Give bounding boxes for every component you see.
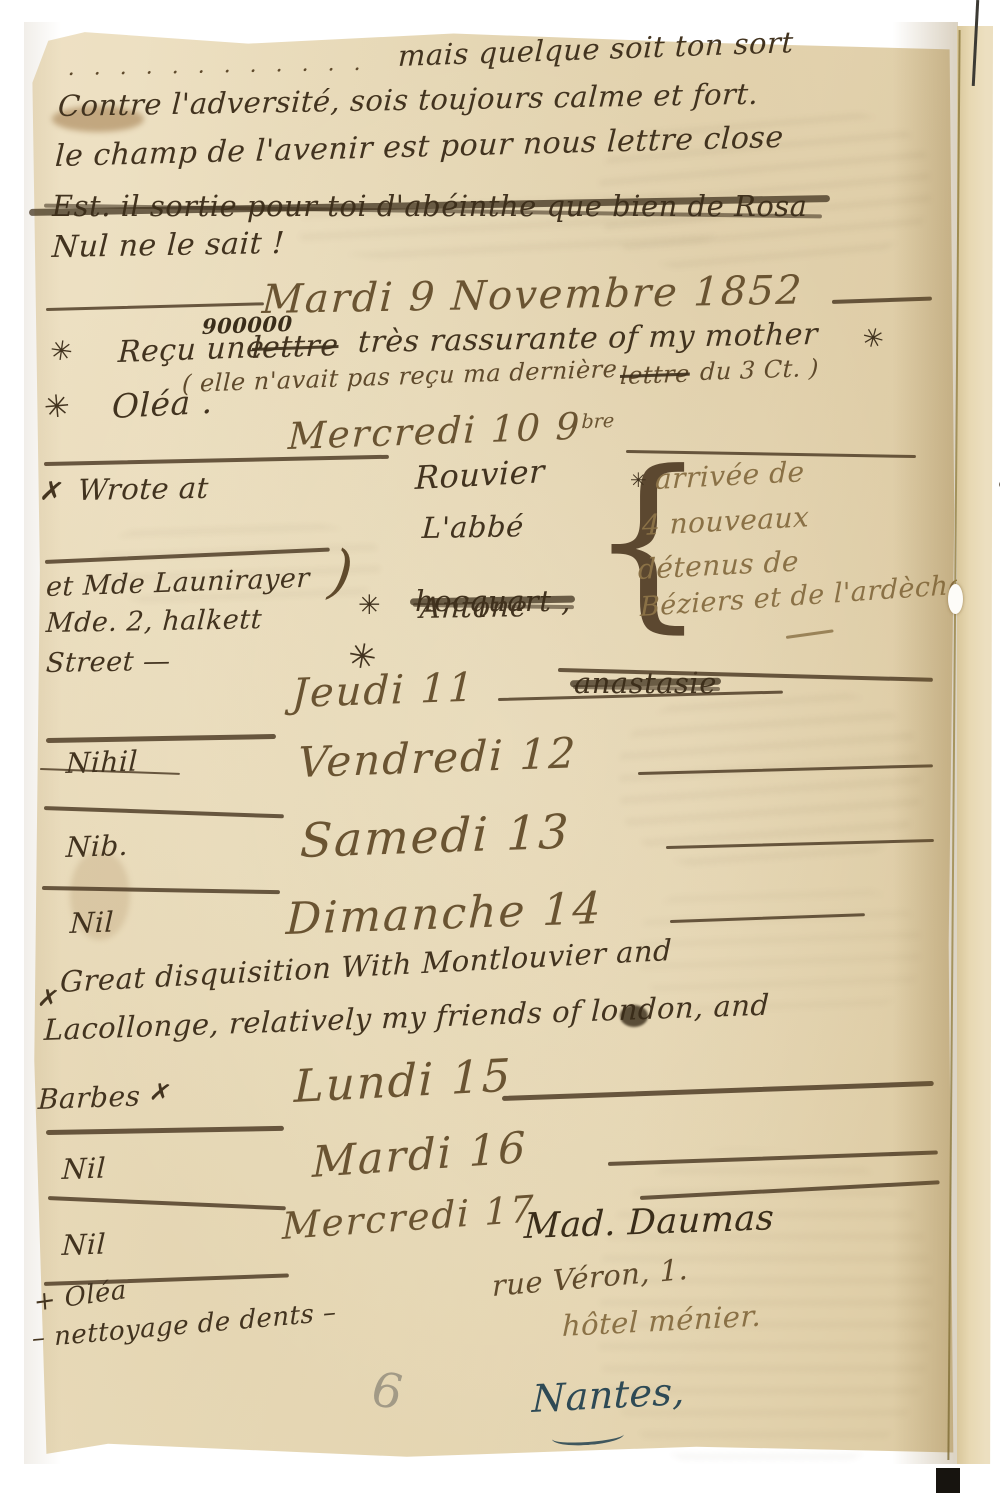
star-icon: ✳	[358, 592, 381, 619]
entry-heading-lundi15: Lundi 15	[294, 1053, 513, 1110]
entry-heading-samedi13: Samedi 13	[299, 809, 571, 866]
name-street: Street —	[45, 648, 171, 677]
paren-note-struck: lettre	[620, 362, 691, 388]
entry-heading-dimanche14: Dimanche 14	[285, 887, 603, 942]
olea-entry: Oléa .	[112, 385, 213, 423]
margin-x-icon: ✗	[38, 476, 66, 508]
paper-hole	[948, 584, 963, 614]
entry-heading-nov9: Mardi 9 Novembre 1852	[261, 271, 804, 320]
margin-star-icon: ✳	[48, 337, 74, 367]
recu-line-post: très rassurante of my mother	[357, 320, 818, 358]
disquisition-barbes: Barbes	[38, 1082, 141, 1114]
margin-x-icon: ✗	[36, 984, 61, 1012]
name-halkett: Mde. 2, halkett	[45, 606, 262, 637]
side-note-line-1: arrivée de	[655, 458, 805, 494]
side-note-line-3: détenus de	[638, 548, 799, 584]
entry-heading-nov10: Mercredi 10 9bre	[287, 407, 614, 455]
wrote-at: Wrote at	[77, 474, 209, 505]
ink-blot	[620, 1005, 648, 1027]
entry-heading-jeudi11: Jeudi 11	[291, 668, 476, 714]
adjacent-page-sliver	[957, 26, 993, 1464]
side-note-line-2: 4 nouveaux	[642, 503, 810, 540]
verse-line-5: Nul ne le sait !	[51, 229, 285, 263]
entry-heading-vendredi12: Vendredi 12	[297, 732, 578, 784]
margin-note-nil: Nil	[70, 908, 115, 938]
heading-superscript: bre	[581, 409, 615, 433]
margin-note-nihil: Nihil	[66, 747, 139, 778]
side-note-star-icon: ✳	[630, 470, 647, 490]
name-antone: Antone	[419, 592, 528, 623]
name-rouvier: Rouvier	[415, 455, 545, 494]
paren-note-post: du 3 Ct. )	[700, 356, 820, 384]
margin-note-nil: Nil	[62, 1230, 107, 1260]
verse-dots: . . . . . . . . . . . .	[67, 53, 367, 80]
margin-note-nil: Nil	[62, 1154, 107, 1184]
recu-line-pre: Reçu une	[117, 333, 264, 368]
nantes-note: Nantes,	[532, 1372, 686, 1418]
margin-note-nib: Nib.	[66, 832, 129, 862]
bleedthrough-smudge	[617, 685, 923, 875]
address-line-1: Mad. Daumas	[523, 1201, 774, 1245]
name-labbe: L'abbé	[421, 512, 524, 543]
recu-line-struck: lettre	[251, 331, 339, 364]
verse-line-4-struck: Est. il sortie pour toi d'abéinthe que b…	[52, 189, 807, 223]
scanned-diary-page: . . . . . . . . . . . . mais quelque soi…	[0, 0, 1000, 1493]
binding-corner-mark	[936, 1468, 960, 1493]
margin-star-icon: ✳	[43, 391, 72, 424]
